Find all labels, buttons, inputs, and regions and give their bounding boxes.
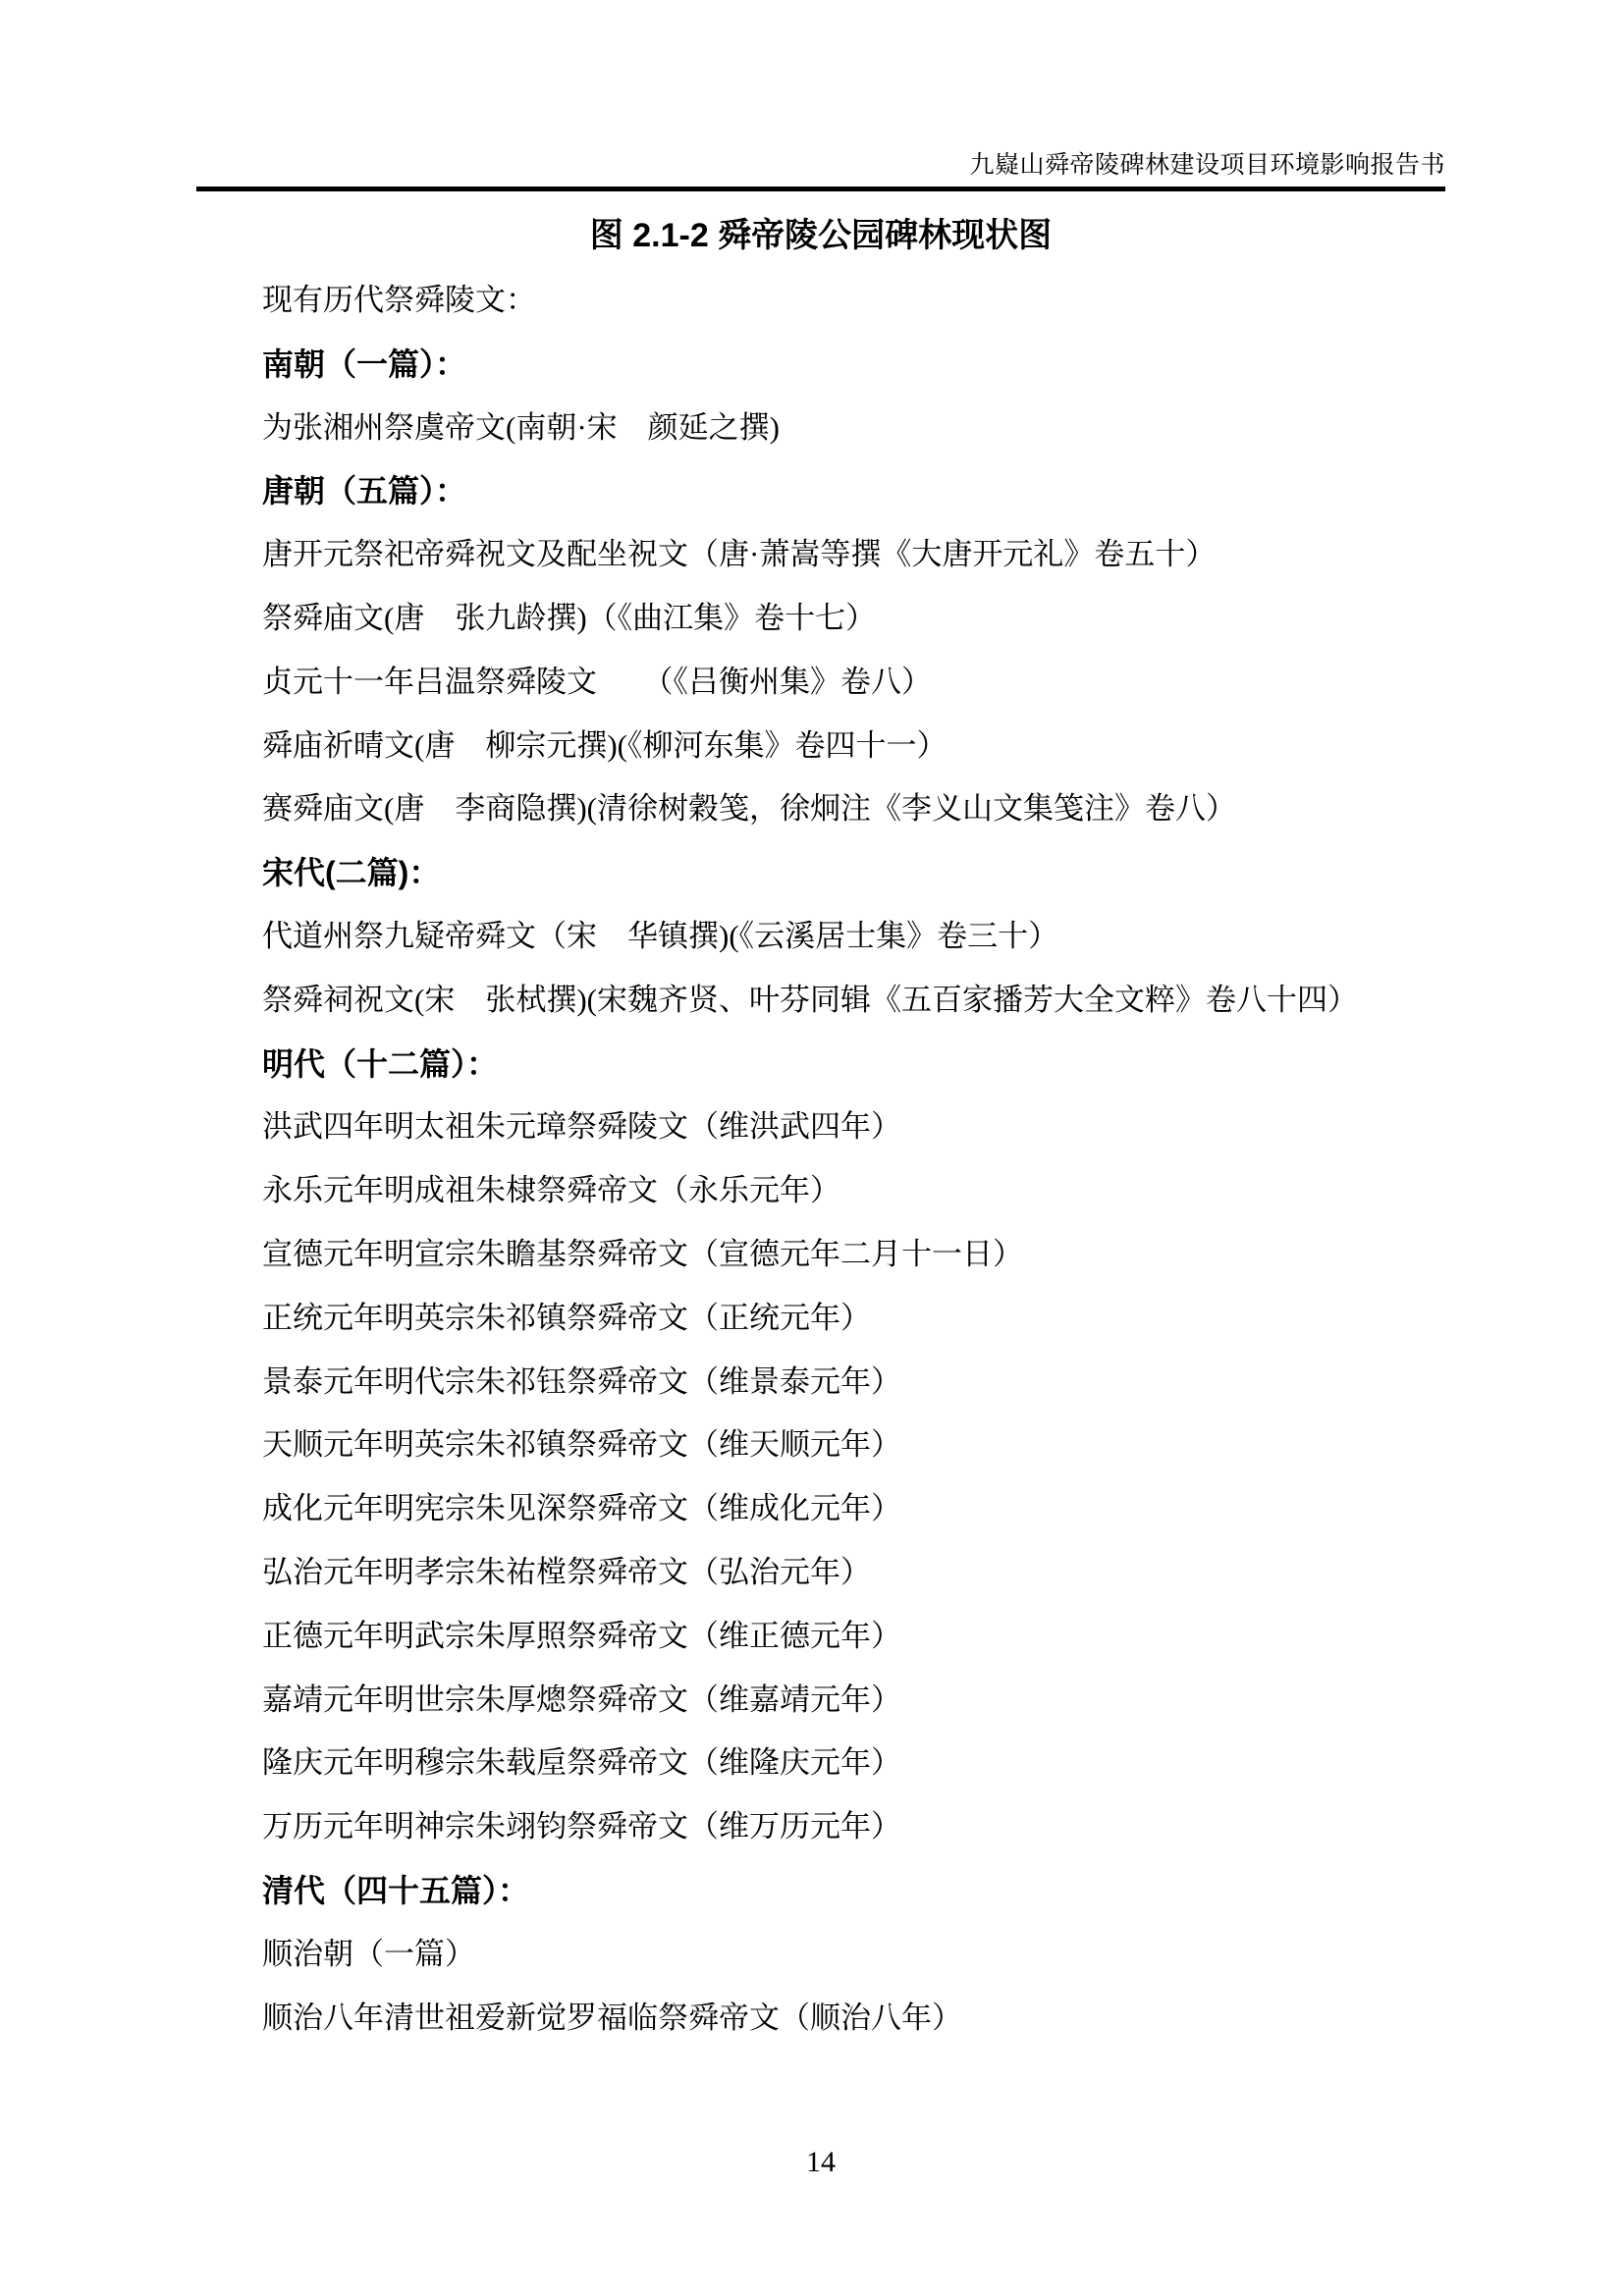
section-heading: 宋代(二篇)：: [262, 841, 1477, 905]
page-number: 14: [196, 2146, 1445, 2179]
text-line: 隆庆元年明穆宗朱载垕祭舜帝文（维隆庆元年）: [262, 1732, 1477, 1795]
running-header: 九嶷山舜帝陵碑林建设项目环境影响报告书: [196, 150, 1445, 182]
text-line: 顺治八年清世祖爱新觉罗福临祭舜帝文（顺治八年）: [262, 1987, 1477, 2051]
text-line: 顺治朝（一篇）: [262, 1923, 1477, 1987]
text-line: 现有历代祭舜陵文：: [262, 269, 1477, 333]
section-heading: 清代（四十五篇）：: [262, 1859, 1477, 1923]
figure-title: 图 2.1-2 舜帝陵公园碑林现状图: [196, 215, 1445, 256]
text-line: 贞元十一年吕温祭舜陵文 （《吕衡州集》卷八）: [262, 651, 1477, 715]
header-rule: [196, 187, 1445, 191]
text-line: 为张湘州祭虞帝文(南朝·宋 颜延之撰): [262, 397, 1477, 460]
text-line: 正德元年明武宗朱厚照祭舜帝文（维正德元年）: [262, 1605, 1477, 1669]
text-line: 成化元年明宪宗朱见深祭舜帝文（维成化元年）: [262, 1477, 1477, 1541]
text-line: 洪武四年明太祖朱元璋祭舜陵文（维洪武四年）: [262, 1095, 1477, 1159]
text-line: 宣德元年明宣宗朱瞻基祭舜帝文（宣德元年二月十一日）: [262, 1223, 1477, 1287]
text-line: 舜庙祈晴文(唐 柳宗元撰)(《柳河东集》卷四十一）: [262, 715, 1477, 778]
text-line: 唐开元祭祀帝舜祝文及配坐祝文（唐·萧嵩等撰《大唐开元礼》卷五十）: [262, 523, 1477, 587]
text-line: 弘治元年明孝宗朱祐樘祭舜帝文（弘治元年）: [262, 1541, 1477, 1605]
text-line: 祭舜祠祝文(宋 张栻撰)(宋魏齐贤、叶芬同辑《五百家播芳大全文粹》卷八十四）: [262, 969, 1477, 1033]
text-line: 景泰元年明代宗朱祁钰祭舜帝文（维景泰元年）: [262, 1351, 1477, 1415]
text-line: 祭舜庙文(唐 张九龄撰)（《曲江集》卷十七）: [262, 587, 1477, 651]
section-heading: 明代（十二篇）：: [262, 1033, 1477, 1096]
section-heading: 唐朝（五篇）：: [262, 459, 1477, 523]
text-line: 天顺元年明英宗朱祁镇祭舜帝文（维天顺元年）: [262, 1414, 1477, 1477]
section-heading: 南朝（一篇）：: [262, 333, 1477, 397]
text-line: 赛舜庙文(唐 李商隐撰)(清徐树穀笺，徐炯注《李义山文集笺注》卷八）: [262, 777, 1477, 841]
text-line: 万历元年明神宗朱翊钧祭舜帝文（维万历元年）: [262, 1795, 1477, 1859]
document-page: 九嶷山舜帝陵碑林建设项目环境影响报告书 图 2.1-2 舜帝陵公园碑林现状图 现…: [0, 0, 1624, 2296]
body-text: 现有历代祭舜陵文： 南朝（一篇）： 为张湘州祭虞帝文(南朝·宋 颜延之撰) 唐朝…: [262, 269, 1477, 2050]
text-line: 正统元年明英宗朱祁镇祭舜帝文（正统元年）: [262, 1287, 1477, 1351]
text-line: 嘉靖元年明世宗朱厚熜祭舜帝文（维嘉靖元年）: [262, 1669, 1477, 1733]
text-line: 代道州祭九疑帝舜文（宋 华镇撰)(《云溪居士集》卷三十）: [262, 905, 1477, 969]
text-line: 永乐元年明成祖朱棣祭舜帝文（永乐元年）: [262, 1159, 1477, 1223]
